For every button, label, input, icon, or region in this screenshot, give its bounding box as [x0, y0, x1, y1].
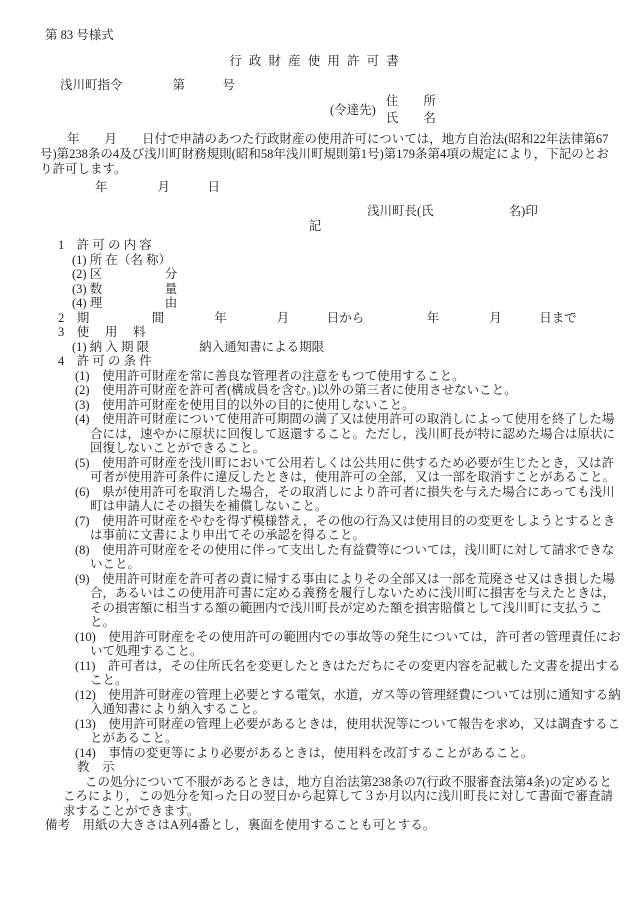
section2-period-line: 2 期 間 年 月 日から 年 月 日まで	[58, 311, 630, 326]
condition-item: (10) 使用許可財産をその使用許可の範囲内での事故等の発生については，許可者の…	[90, 630, 625, 659]
condition-item: (6) 県が使用許可を取消した場合，その取消しにより許可者に損失を与えた場合にあ…	[90, 485, 625, 514]
remarks-line: 備考 用紙の大きさはA列4番とし，裏面を使用することも可とする。	[45, 818, 630, 833]
section1-heading: 1 許 可 の 内 容	[58, 238, 630, 253]
document-title: 行 政 財 産 使 用 許 可 書	[0, 54, 630, 69]
condition-item: (14) 事情の変更等により必要があるときは，使用料を改訂することがあること。	[90, 746, 625, 761]
addressee-block: (令達先) 住 所 氏 名	[330, 93, 630, 127]
section1-item-quantity: (3) 数 量	[72, 282, 630, 297]
condition-item: (1) 使用許可財産を常に善良な管理者の注意をもつて使用すること。	[90, 369, 625, 384]
condition-item: (9) 使用許可財産を許可者の責に帰する事由によりその全部又は一部を荒廃させ又は…	[90, 572, 625, 630]
condition-item: (12) 使用許可財産の管理上必要とする電気，水道，ガス等の管理経費については別…	[90, 688, 625, 717]
condition-item: (2) 使用許可財産を許可者(構成員を含む。)以外の第三者に使用させないこと。	[90, 383, 625, 398]
section3-heading: 3 使 用 料	[58, 325, 630, 340]
condition-item: (8) 使用許可財産をその使用に伴って支出した有益費等については，浅川町に対して…	[90, 543, 625, 572]
issue-date-line: 年 月 日	[95, 180, 630, 195]
section4-heading: 4 許 可 の 条 件	[58, 354, 630, 369]
permit-document-page: 第 83 号様式 行 政 財 産 使 用 許 可 書 浅川町指令 第 号 (令達…	[0, 0, 630, 903]
condition-item: (4) 使用許可財産について使用許可期間の満了又は使用許可の取消しによって使用を…	[90, 412, 625, 456]
addressee-lines: 住 所 氏 名	[386, 93, 436, 127]
addressee-name-line: 氏 名	[386, 110, 436, 127]
intro-paragraph: 年 月 日付で申請のあつた行政財産の使用許可については，地方自治法(昭和22年法…	[40, 132, 620, 177]
addressee-address-line: 住 所	[386, 93, 436, 110]
condition-item: (5) 使用許可財産を浅川町において公用若しくは公共用に供するため必要が生じたと…	[90, 456, 625, 485]
section3-item-payment-deadline: (1) 納 入 期 限 納入通知書による期限	[72, 340, 630, 355]
body-sections: 1 許 可 の 内 容 (1) 所 在（名 称） (2) 区 分 (3) 数 量…	[0, 238, 630, 833]
condition-item: (7) 使用許可財産をやむを得ず模様替え，その他の行為又は使用目的の変更をしよう…	[90, 514, 625, 543]
record-marker: 記	[0, 219, 630, 234]
instruction-body: この処分について不服があるときは，地方自治法第238条の7(行政不服審査法第4条…	[63, 775, 620, 819]
condition-item: (13) 使用許可財産の管理上必要があるときは，使用状況等について報告を求め，又…	[90, 717, 625, 746]
instruction-heading: 教 示	[77, 760, 630, 775]
section1-item-category: (2) 区 分	[72, 267, 630, 282]
condition-item: (11) 許可者は，その住所氏名を変更したときはただちにその変更内容を記載した文…	[90, 659, 625, 688]
directive-number-line: 浅川町指令 第 号	[60, 78, 630, 93]
form-number: 第 83 号様式	[45, 28, 630, 43]
section1-item-location: (1) 所 在（名 称）	[72, 253, 630, 268]
section1-item-reason: (4) 理 由	[72, 296, 630, 311]
condition-item: (3) 使用許可財産を使用目的以外の目的に使用しないこと。	[90, 398, 625, 413]
mayor-signature-line: 浅川町長(氏 名)印	[367, 204, 630, 219]
addressee-label: (令達先)	[330, 103, 376, 118]
